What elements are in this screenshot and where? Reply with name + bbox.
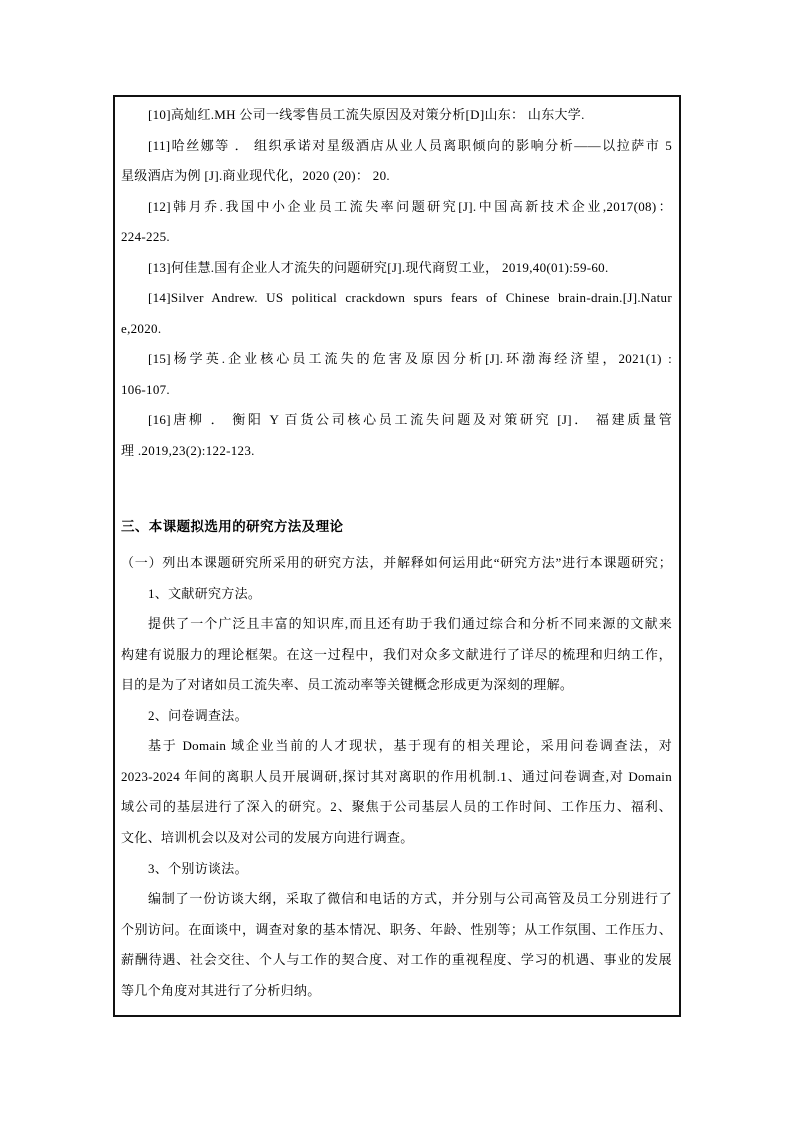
body-line: 等几个角度对其进行了分析归纳。 xyxy=(121,976,672,1007)
reference-line: [10]高灿红.MH 公司一线零售员工流失原因及对策分析[D]山东： 山东大学. xyxy=(121,100,672,131)
document-page: [10]高灿红.MH 公司一线零售员工流失原因及对策分析[D]山东： 山东大学.… xyxy=(0,0,793,1122)
reference-line: [15]杨学英.企业核心员工流失的危害及原因分析[J].环渤海经济望，2021(… xyxy=(121,344,672,375)
report-table-cell: [10]高灿红.MH 公司一线零售员工流失原因及对策分析[D]山东： 山东大学.… xyxy=(113,95,681,1017)
body-line: 域公司的基层进行了深入的研究。2、聚焦于公司基层人员的工作时间、工作压力、福利、 xyxy=(121,792,672,823)
body-line: 薪酬待遇、社会交往、个人与工作的契合度、对工作的重视程度、学习的机遇、事业的发展 xyxy=(121,945,672,976)
references-block: [10]高灿红.MH 公司一线零售员工流失原因及对策分析[D]山东： 山东大学.… xyxy=(121,100,672,467)
section-heading: 三、本课题拟选用的研究方法及理论 xyxy=(121,512,672,543)
reference-line: 理 .2019,23(2):122-123. xyxy=(121,436,672,467)
reference-line: 星级酒店为例 [J].商业现代化，2020 (20)： 20. xyxy=(121,161,672,192)
method-title: 2、问卷调查法。 xyxy=(121,701,672,732)
reference-line: 224-225. xyxy=(121,222,672,253)
reference-line: [11]哈丝娜等 ． 组织承诺对星级酒店从业人员离职倾向的影响分析——以拉萨市 … xyxy=(121,131,672,162)
reference-line: [14]Silver Andrew. US political crackdow… xyxy=(121,283,672,314)
reference-line: [16]唐柳 ． 衡阳 Y 百货公司核心员工流失问题及对策研究 [J]． 福建质… xyxy=(121,405,672,436)
body-line: 2023-2024 年间的离职人员开展调研,探讨其对离职的作用机制.1、通过问卷… xyxy=(121,762,672,793)
section-intro: （一）列出本课题研究所采用的研究方法，并解释如何运用此“研究方法”进行本课题研究… xyxy=(121,548,672,579)
reference-line: e,2020. xyxy=(121,314,672,345)
body-line: 个别访问。在面谈中，调查对象的基本情况、职务、年龄、性别等；从工作氛围、工作压力… xyxy=(121,915,672,946)
reference-line: 106-107. xyxy=(121,375,672,406)
body-line: 提供了一个广泛且丰富的知识库,而且还有助于我们通过综合和分析不同来源的文献来 xyxy=(121,609,672,640)
methods-block: （一）列出本课题研究所采用的研究方法，并解释如何运用此“研究方法”进行本课题研究… xyxy=(121,548,672,1006)
body-line: 文化、培训机会以及对公司的发展方向进行调查。 xyxy=(121,823,672,854)
method-title: 1、文献研究方法。 xyxy=(121,579,672,610)
reference-line: [12]韩月乔.我国中小企业员工流失率问题研究[J].中国高新技术企业,2017… xyxy=(121,192,672,223)
method-title: 3、个别访谈法。 xyxy=(121,854,672,885)
body-line: 编制了一份访谈大纲，采取了微信和电话的方式，并分别与公司高管及员工分别进行了 xyxy=(121,884,672,915)
reference-line: [13]何佳慧.国有企业人才流失的问题研究[J].现代商贸工业， 2019,40… xyxy=(121,253,672,284)
body-line: 基于 Domain 域企业当前的人才现状，基于现有的相关理论，采用问卷调查法，对 xyxy=(121,731,672,762)
body-line: 目的是为了对诸如员工流失率、员工流动率等关键概念形成更为深刻的理解。 xyxy=(121,670,672,701)
body-line: 构建有说服力的理论框架。在这一过程中，我们对众多文献进行了详尽的梳理和归纳工作， xyxy=(121,640,672,671)
